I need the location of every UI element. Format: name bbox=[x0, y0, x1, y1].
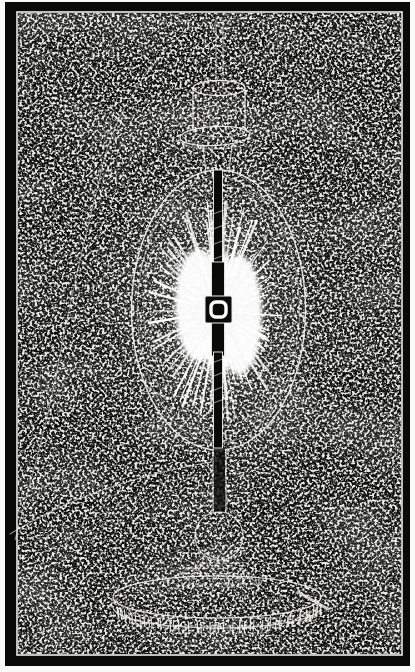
glow-dot bbox=[164, 317, 166, 319]
glow-dot bbox=[284, 334, 287, 337]
base-rib bbox=[275, 618, 276, 629]
glow-dot bbox=[166, 397, 169, 400]
glow-dot bbox=[164, 358, 167, 361]
rod-upper-taper bbox=[212, 262, 225, 298]
glow-dot bbox=[200, 235, 202, 237]
glow-dot bbox=[229, 397, 232, 400]
glow-dot bbox=[208, 205, 210, 207]
glow-dot bbox=[150, 269, 152, 271]
glow-dot bbox=[249, 380, 251, 382]
glow-dot bbox=[246, 247, 248, 249]
glow-dot bbox=[264, 235, 267, 238]
glow-dot bbox=[292, 310, 294, 312]
glow-dot bbox=[170, 340, 172, 342]
base-rib bbox=[268, 619, 269, 629]
engraving-plate bbox=[0, 0, 415, 672]
glow-dot bbox=[284, 262, 288, 266]
glow-dot bbox=[160, 285, 162, 287]
emitter-center-dot bbox=[216, 307, 221, 312]
glow-dot bbox=[271, 234, 273, 236]
base-rib bbox=[262, 620, 263, 632]
glow-dot bbox=[271, 381, 274, 384]
base-rib bbox=[170, 620, 171, 630]
glow-dot bbox=[164, 270, 167, 273]
glow-dot bbox=[277, 264, 280, 267]
glow-dot bbox=[277, 377, 280, 380]
glow-dot bbox=[231, 229, 233, 231]
glow-dot bbox=[170, 282, 172, 284]
base-rib bbox=[160, 619, 161, 631]
glow-dot bbox=[241, 232, 244, 235]
rod-upper bbox=[214, 170, 223, 266]
glow-dot bbox=[261, 275, 265, 279]
glow-dot bbox=[206, 405, 208, 407]
glow-dot bbox=[242, 203, 244, 205]
rod-lower-taper bbox=[212, 322, 225, 356]
glow-dot bbox=[268, 322, 270, 324]
base-rib bbox=[158, 618, 159, 629]
glow-dot bbox=[241, 385, 243, 387]
glow-dot bbox=[244, 391, 248, 395]
base-rib bbox=[173, 620, 174, 631]
glow-dot bbox=[257, 407, 259, 409]
engraving-canvas bbox=[0, 0, 415, 672]
glow-dot bbox=[150, 311, 152, 313]
base-rib bbox=[270, 619, 271, 631]
glow-dot bbox=[159, 332, 161, 334]
glow-dot bbox=[183, 220, 185, 222]
glow-dot bbox=[164, 285, 168, 289]
glow-dot bbox=[168, 332, 170, 334]
glow-dot bbox=[168, 318, 172, 322]
